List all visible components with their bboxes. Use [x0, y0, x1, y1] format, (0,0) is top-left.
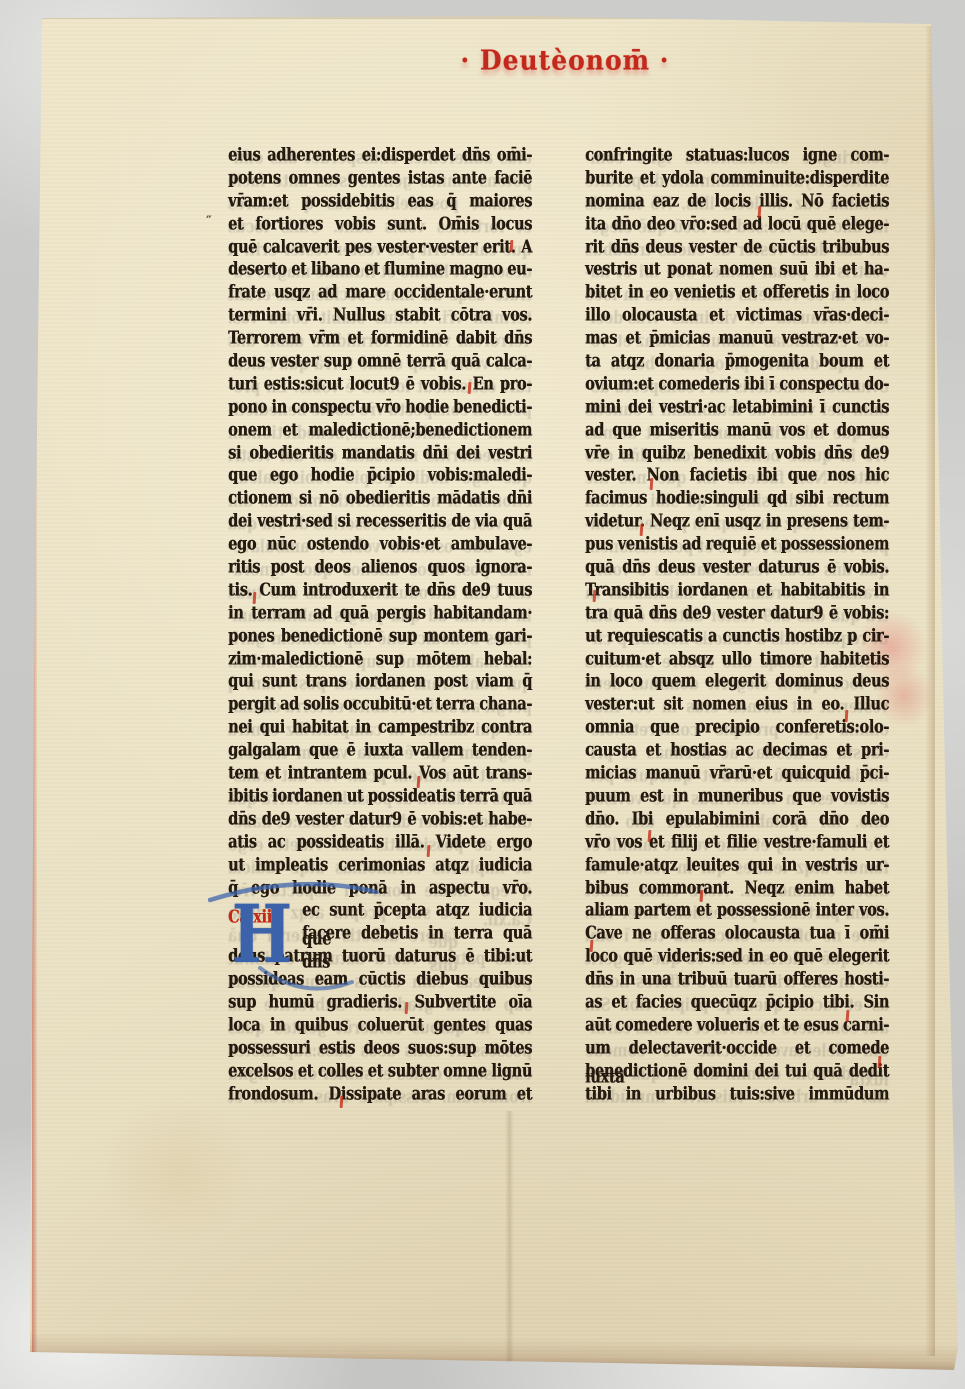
text-line-content: bitet in eo venietis et offeretis in loc…	[585, 282, 889, 303]
text-line-content: micias manuū vr̄arū·et quicquid p̄ci-	[585, 762, 889, 783]
text-line-content: omnia que precipio conferetis:olo-	[585, 717, 889, 738]
text-line-content: aūt comedere volueris et te esus carni-	[585, 1014, 889, 1035]
text-line-content: mini dei vestri·ac letabimini ī cunctis	[585, 396, 889, 417]
text-line-content: termini vr̄i. Nullus stabit cōtra vos.	[228, 305, 532, 326]
text-line-content: loco quē videris:sed in eo quē elegerit	[585, 946, 889, 967]
illuminated-initial-h: H	[216, 878, 308, 1003]
text-line-content: galgalam que ē iuxta vallem tenden-	[228, 740, 532, 761]
text-line-content: causta et hostias ac decimas et pri-	[585, 740, 889, 761]
text-line-content: deus vester sup omnē terrā quā calca-	[228, 350, 532, 371]
text-line-content: burite et ydola comminuite:disperdite	[585, 167, 889, 188]
text-line-content: mas et p̄micias manuū vestraz·et vo-	[585, 327, 889, 348]
text-line-content: qui sunt trans iordanen post viam q̄	[228, 671, 532, 692]
red-edge-stain	[32, 34, 37, 1356]
text-line-content: zim·maledictionē sup mōtem hebal:	[228, 648, 532, 669]
text-line-content: potens omnes gentes istas ante faciē	[228, 167, 532, 188]
text-line-content: quē calcaverit pes vester·vester erit. A	[228, 236, 532, 257]
text-line-content: Transibitis iordanen et habitabitis in	[585, 579, 889, 600]
text-line-content: frondosum. Dissipate aras eorum et	[228, 1083, 532, 1104]
text-line-content: puum est in muneribus que vovistis	[585, 785, 889, 806]
text-line-content: et fortiores vobis sunt. Om̄is locus	[228, 213, 532, 234]
text-line-content: vr̄am:et possidebitis eas q̄ maiores	[228, 190, 532, 211]
leaf-top-edge	[38, 16, 933, 19]
text-line-content: ita dn̄o deo vr̄o:sed ad locū quē elege-	[585, 213, 889, 234]
text-line-content: tibi in urbibus tuis:sive immūdum	[585, 1083, 889, 1104]
text-line-content: tis. Cum introduxerit te dn̄s de9 tuus	[228, 579, 532, 600]
text-line-content: ut requiescatis a cunctis hostibz p cir-	[585, 625, 889, 646]
text-line-content: as et facies quecūqz p̄cipio tibi. Sin	[585, 991, 889, 1012]
text-line-content: famule·atqz leuites qui in vestris ur-	[585, 854, 889, 875]
text-line-content: quā dn̄s deus vester daturus ē vobis.	[585, 556, 889, 577]
printed-text-layer: eius adherentes ei:disperdet dn̄s om̄i-p…	[28, 16, 963, 1378]
leaf-right-edge	[925, 26, 935, 1356]
text-line-content: cuitum·et absqz ullo timore habitetis	[585, 648, 889, 669]
text-line-content: facimus hodie:singuli qd sibi rectum	[585, 488, 889, 509]
bible-leaf-page: · Deutèonom̄ · ″ eius adherentes ei:disp…	[28, 16, 963, 1378]
text-line-content: ad que miseritis manū vos et domus	[585, 419, 889, 440]
margin-mark: ″	[206, 214, 212, 229]
text-line-content: pergit ad solis occubitū·et terra chana-	[228, 694, 532, 715]
text-line-content: eius adherentes ei:disperdet dn̄s om̄i-	[228, 144, 532, 165]
text-line-content: si obedieritis mandatis dn̄i dei vestri	[228, 442, 532, 463]
text-line-content: possessuri estis deos suos:sup mōtes	[228, 1037, 532, 1058]
text-line-content: vester:ut sit nomen eius in eo. Illuc	[585, 694, 889, 715]
text-line-content: in loco quem elegerit dominus deus	[585, 671, 889, 692]
text-line-content: vr̄e in quibz benedixit vobis dn̄s de9	[585, 442, 889, 463]
text-line-content: loca in quibus coluerūt gentes quas	[228, 1014, 532, 1035]
text-line-content: rit dn̄s deus vester de cūctis tribubus	[585, 236, 889, 257]
text-line-content: dn̄o. Ibi epulabimini corā dn̄o deo	[585, 808, 889, 829]
text-column-right: confringite statuas:lucos igne com-burit…	[585, 145, 889, 1106]
text-line-content: turi estis:sicut locut9 ē vobis. En pro-	[228, 373, 532, 394]
text-line-content: in terram ad quā pergis habitandam·	[228, 602, 532, 623]
text-line-content: tra quā dn̄s de9 vester datur9 ē vobis:	[585, 602, 889, 623]
text-line-content: pones benedictionē sup montem gari-	[228, 625, 532, 646]
text-line-content: Cave ne offeras olocausta tua ī om̄i	[585, 923, 889, 944]
text-line-content: deserto et libano et flumine magno eu-	[228, 259, 532, 280]
text-line-content: ibitis iordanen ut possideatis terrā quā	[228, 785, 532, 806]
text-line-content: nei qui habitat in campestribz contra	[228, 717, 532, 738]
text-line-content: vr̄o vos et filij et filie vestre·famuli…	[585, 831, 889, 852]
text-line-content: videtur. Neqz enī usqz in presens tem-	[585, 511, 889, 532]
text-line-content: frate usqz ad mare occidentale·erunt	[228, 282, 532, 303]
text-line-content: dn̄s de9 vester datur9 ē vobis:et habe-	[228, 808, 532, 829]
text-line-content: excelsos et colles et subter omne lignū	[228, 1060, 532, 1081]
text-line-content: confringite statuas:lucos igne com-	[585, 144, 889, 165]
text-line-content: benedictionē domini dei tui quā dedit	[585, 1060, 889, 1081]
text-line-content: pono in conspectu vr̄o hodie benedicti-	[228, 396, 532, 417]
text-line-content: ovium:et comederis ibi ī conspectu do-	[585, 373, 889, 394]
running-title: · Deutèonom̄ ·	[425, 44, 705, 79]
text-line-content: ritis post deos alienos quos ignora-	[228, 556, 532, 577]
text-line-content: ctionem si nō obedieritis mādatis dn̄i	[228, 488, 532, 509]
photo-backdrop: · Deutèonom̄ · ″ eius adherentes ei:disp…	[0, 0, 965, 1389]
text-line: frondosum. Dissipate aras eorum et	[228, 1080, 532, 1109]
text-line-content: Terrorem vr̄m et formidinē dabit dn̄s	[228, 327, 532, 348]
text-line-content: onem et maledictionē;benedictionem	[228, 419, 532, 440]
text-line-content: tem et intrantem pcul. Vos aūt trans-	[228, 762, 532, 783]
text-line-content: vestris ut ponat nomen suū ibi et ha-	[585, 259, 889, 280]
text-line-content: dei vestri·sed si recesseritis de via qu…	[228, 511, 532, 532]
text-line-content: atis ac possideatis illā. Videte ergo	[228, 831, 532, 852]
text-line-content: pus venistis ad requiē et possessionem	[585, 533, 889, 554]
text-line-content: ta atqz donaria p̄mogenita boum et	[585, 350, 889, 371]
text-line-content: aliam partem et possessionē inter vos.	[585, 900, 889, 921]
text-line-content: bibus commorant. Neqz enim habet	[585, 877, 889, 898]
text-line: tibi in urbibus tuis:sive immūdum	[585, 1080, 889, 1109]
text-line-content: ego nūc ostendo vobis·et ambulave-	[228, 533, 532, 554]
text-line-content: dn̄s in una tribuū tuarū offeres hosti-	[585, 968, 889, 989]
text-line-content: vester. Non facietis ibi que nos hic	[585, 465, 889, 486]
text-line-content: nomina eaz de locis illis. Nō facietis	[585, 190, 889, 211]
text-line-content: que ego hodie p̄cipio vobis:maledi-	[228, 465, 532, 486]
text-line-content: illo olocausta et victimas vr̄as·deci-	[585, 305, 889, 326]
